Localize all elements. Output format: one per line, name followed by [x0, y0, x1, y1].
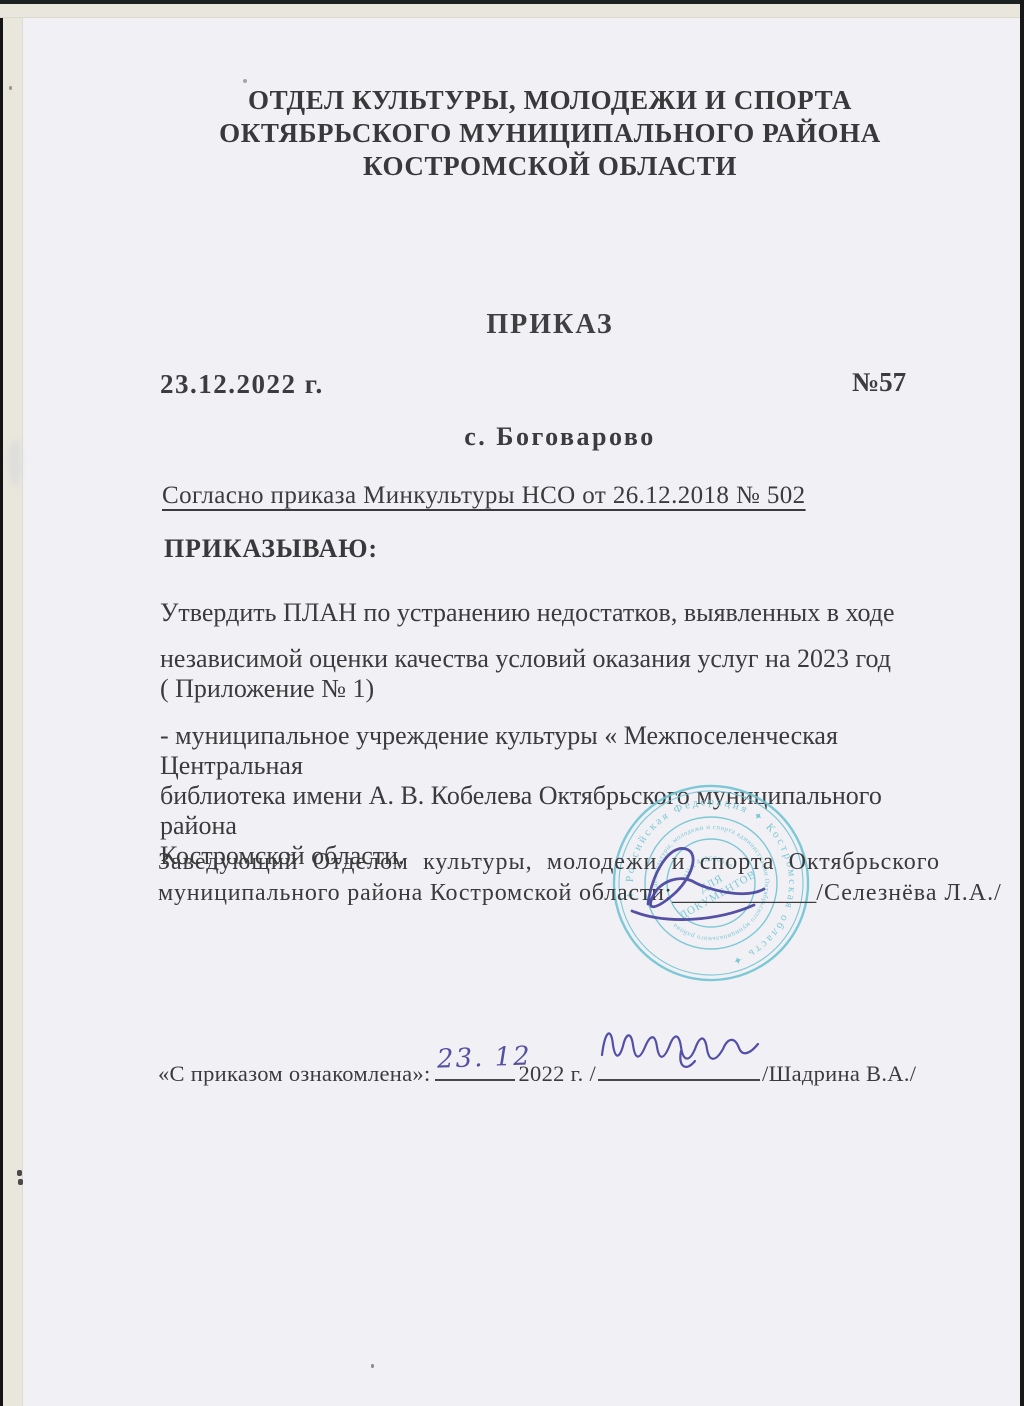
scanned-order-page: ОТДЕЛ КУЛЬТУРЫ, МОЛОДЕЖИ И СПОРТА ОКТЯБР… [0, 0, 1024, 1406]
doc-number: №57 [852, 367, 906, 398]
scan-speck [243, 79, 247, 83]
scan-edge-left-line [0, 0, 3, 1406]
scan-speck [9, 86, 12, 90]
shadrina-signature [594, 1015, 766, 1071]
handwritten-date-blank: 23. 12 [435, 1049, 515, 1081]
scan-speck [18, 1179, 23, 1185]
selezneva-signature [596, 826, 786, 931]
acknowledgment-name: /Шадрина В.А./ [762, 1061, 916, 1086]
doc-place: с. Боговарово [170, 422, 950, 452]
org-name: ОТДЕЛ КУЛЬТУРЫ, МОЛОДЕЖИ И СПОРТА ОКТЯБР… [160, 84, 940, 183]
scan-edge-top-band [0, 4, 1024, 18]
scan-edge-left-band [3, 4, 23, 1406]
handwritten-date: 23. 12 [436, 1041, 532, 1074]
doc-date: 23.12.2022 г. [160, 369, 324, 400]
signatory-position-line1: Заведующий Отделом культуры, молодежи и … [158, 849, 940, 876]
basis-line: Согласно приказа Минкультуры НСО от 26.1… [162, 482, 806, 510]
resolution-word: ПРИКАЗЫВАЮ: [164, 534, 378, 564]
signatory-name: /Селезнёва Л.А./ [816, 880, 1001, 906]
attachment-ref: ( Приложение № 1) [160, 674, 374, 704]
scan-speck [371, 1364, 374, 1368]
scan-edge-top-line [0, 0, 1024, 4]
signatory-line2: муниципального района Костромской област… [158, 880, 958, 907]
doc-type-title: ПРИКАЗ [160, 309, 940, 341]
handwritten-signature-blank [598, 1049, 760, 1081]
scan-edge-right-line [1020, 0, 1024, 1406]
scan-smudge [8, 440, 22, 486]
order-item-1: Утвердить ПЛАН по устранению недостатков… [160, 590, 930, 682]
scan-speck [17, 1170, 22, 1176]
acknowledgment-prefix: «С приказом ознакомлена»: [158, 1061, 431, 1086]
acknowledgment-line: «С приказом ознакомлена»:23. 122022 г. /… [158, 1049, 916, 1087]
